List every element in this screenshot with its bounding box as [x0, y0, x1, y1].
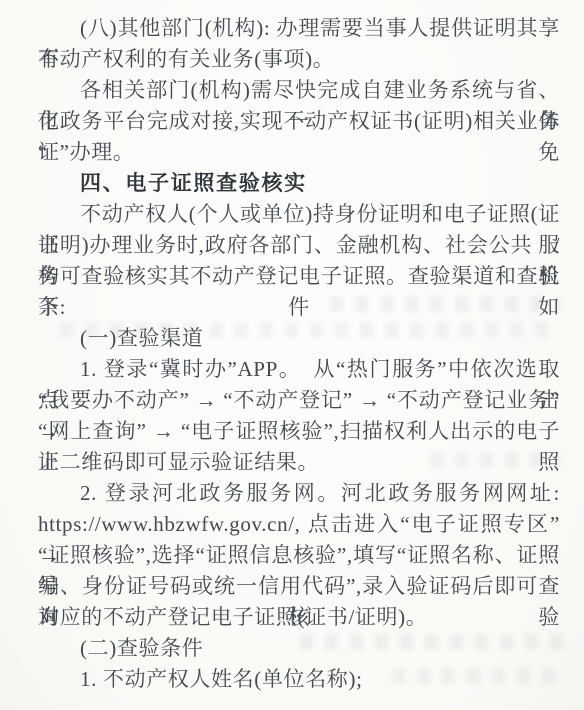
text-line: 不动产权人(个人或单位)持身份证明和电子证照(证书/	[38, 199, 560, 230]
text-line: 各相关部门(机构)需尽快完成自建业务系统与省、市一体	[38, 75, 560, 106]
text-line: “证照核验”,选择“证照信息核验”,填写“证照名称、证照编	[38, 540, 560, 571]
text-line: 对应的不动产登记电子证照(证书/证明)。	[38, 602, 560, 633]
text-line: 不动产权利的有关业务(事项)。	[38, 44, 560, 75]
text-line: (八)其他部门(机构): 办理需要当事人提供证明其享有	[38, 13, 560, 44]
subsection-heading: (二)查验条件	[38, 633, 560, 664]
text-line: “网上查询” → “电子证照核验”,扫描权利人出示的电子证照	[38, 416, 560, 447]
text-line: 1. 登录“冀时办”APP。 从“热门服务”中依次选取点击	[38, 354, 560, 385]
section-heading: 四、电子证照查验核实	[38, 168, 560, 199]
text-line: 号、身份证号码或统一信用代码”,录入验证码后即可查询核验	[38, 571, 560, 602]
subsection-heading: (一)查验渠道	[38, 323, 560, 354]
text-line: 化政务平台完成对接,实现不动产权证书(证明)相关业务“免	[38, 106, 560, 137]
scanned-document-page: (八)其他部门(机构): 办理需要当事人提供证明其享有 不动产权利的有关业务(事…	[0, 0, 584, 710]
text-line: 2. 登录河北政务服务网。河北政务服务网网址:	[38, 478, 560, 509]
text-line: 1. 不动产权人姓名(单位名称);	[38, 664, 560, 695]
text-line: 构可查验核实其不动产登记电子证照。查验渠道和查验条件如	[38, 261, 560, 292]
text-line: 证”办理。	[38, 137, 560, 168]
text-line: 下:	[38, 292, 560, 323]
text-line-url: https://www.hbzwfw.gov.cn/, 点击进入“电子证照专区”…	[38, 509, 560, 540]
text-line: “我要办不动产” → “不动产登记” → “不动产登记业务” →	[38, 385, 560, 416]
text-line: 上二维码即可显示验证结果。	[38, 447, 560, 478]
text-line: 证明)办理业务时,政府各部门、金融机构、社会公共 服务机	[38, 230, 560, 261]
